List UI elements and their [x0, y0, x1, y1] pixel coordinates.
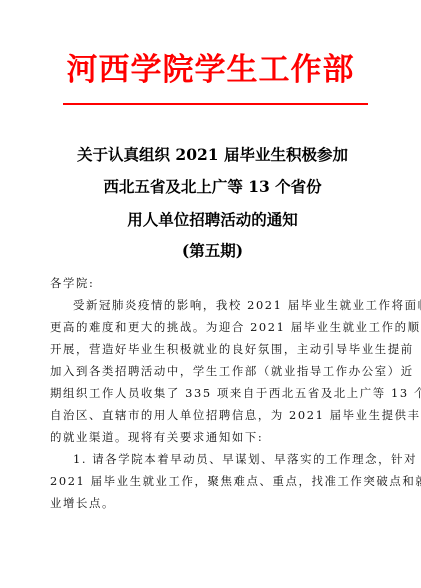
document-page: 河西学院学生工作部 关于认真组织 2021 届毕业生积极参加 西北五省及北上广等…: [0, 0, 421, 588]
notice-title-line-2: 西北五省及北上广等 13 个省份: [2, 177, 421, 197]
notice-title-line-1: 关于认真组织 2021 届毕业生积极参加: [2, 145, 421, 165]
letterhead-red-rule: [63, 103, 368, 105]
body-line: 业增长点。: [50, 495, 370, 511]
salutation: 各学院:: [50, 275, 370, 291]
notice-title-line-3: 用人单位招聘活动的通知: [2, 210, 421, 230]
body-line: 加入到各类招聘活动中，学生工作部（就业指导工作办公室）近: [50, 363, 370, 379]
body-line: 自治区、直辖市的用人单位招聘信息，为 2021 届毕业生提供丰富: [50, 407, 370, 423]
body-line: 更高的难度和更大的挑战。为迎合 2021 届毕业生就业工作的顺利: [50, 319, 370, 335]
notice-issue-number: (第五期): [2, 241, 421, 261]
body-line: 受新冠肺炎疫情的影响，我校 2021 届毕业生就业工作将面临: [73, 297, 370, 313]
org-letterhead-title: 河西学院学生工作部: [63, 50, 358, 90]
body-line: 开展，营造好毕业生积极就业的良好氛围，主动引导毕业生提前: [50, 341, 370, 357]
body-line: 的就业渠道。现将有关要求通知如下:: [50, 429, 370, 445]
body-line: 2021 届毕业生就业工作，聚焦难点、重点，找准工作突破点和就: [50, 473, 370, 489]
body-list-item-1: 1. 请各学院本着早动员、早谋划、早落实的工作理念，针对: [73, 451, 370, 467]
body-line: 期组织工作人员收集了 335 项来自于西北五省及北上广等 13 个省、: [50, 385, 370, 401]
